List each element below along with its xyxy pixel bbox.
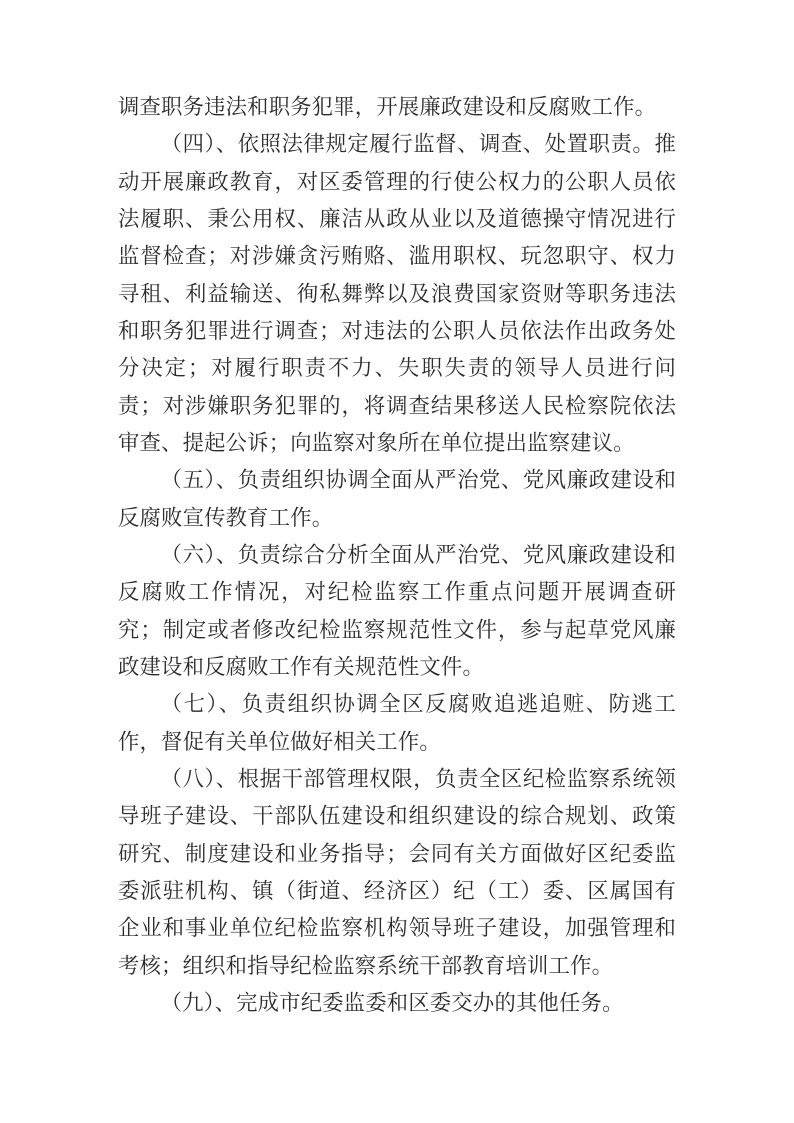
paragraph-continuation: 调查职务违法和职务犯罪，开展廉政建设和反腐败工作。 <box>118 89 676 126</box>
paragraph-item-9: （九）、完成市纪委监委和区委交办的其他任务。 <box>118 985 676 1022</box>
paragraph-item-5: （五）、负责组织协调全面从严治党、党风廉政建设和反腐败宣传教育工作。 <box>118 462 676 537</box>
paragraph-item-6: （六）、负责综合分析全面从严治党、党风廉政建设和反腐败工作情况，对纪检监察工作重… <box>118 537 676 686</box>
paragraph-item-8: （八）、根据干部管理权限，负责全区纪检监察系统领导班子建设、干部队伍建设和组织建… <box>118 761 676 985</box>
document-body: 调查职务违法和职务犯罪，开展廉政建设和反腐败工作。 （四）、依照法律规定履行监督… <box>118 89 676 1022</box>
document-page: 调查职务违法和职务犯罪，开展廉政建设和反腐败工作。 （四）、依照法律规定履行监督… <box>0 0 794 1123</box>
paragraph-item-4: （四）、依照法律规定履行监督、调查、处置职责。推动开展廉政教育，对区委管理的行使… <box>118 126 676 462</box>
paragraph-item-7: （七）、负责组织协调全区反腐败追逃追赃、防逃工作，督促有关单位做好相关工作。 <box>118 686 676 761</box>
